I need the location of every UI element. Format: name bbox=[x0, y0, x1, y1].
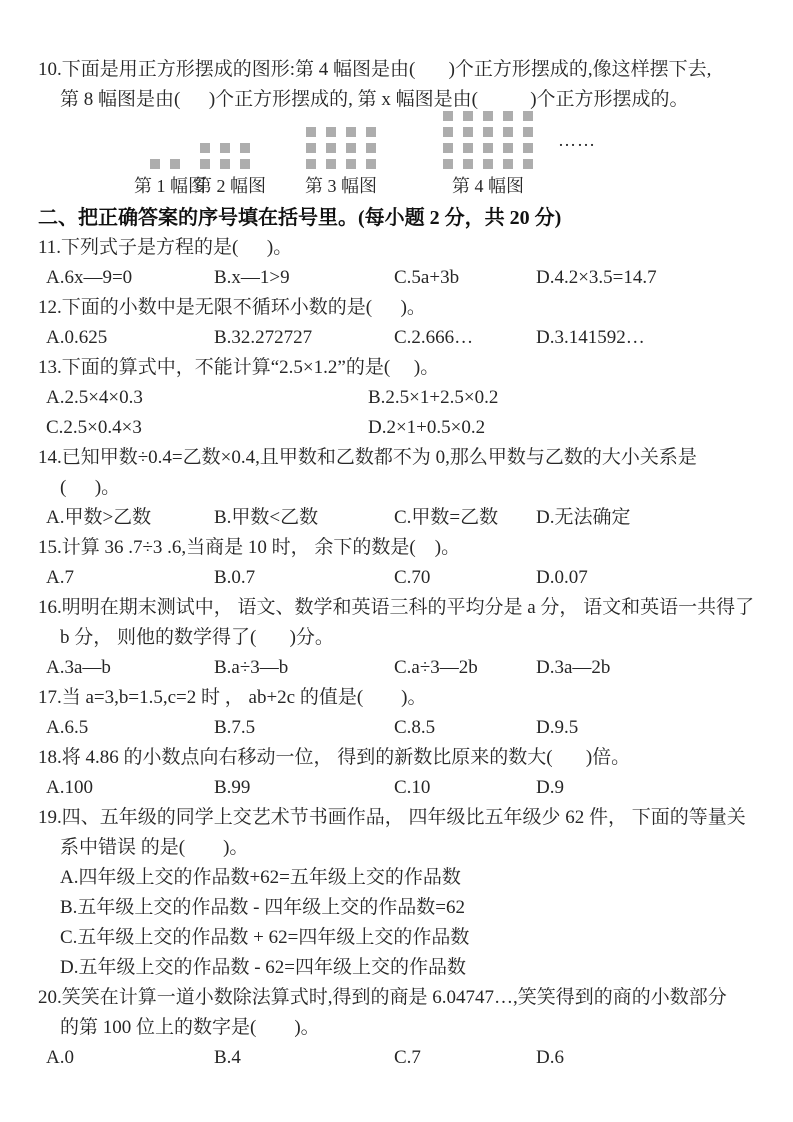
option-d: D.无法确定 bbox=[536, 503, 759, 533]
options-row: A.甲数>乙数 B.甲数<乙数 C.甲数=乙数 D.无法确定 bbox=[46, 503, 759, 533]
square bbox=[503, 111, 513, 121]
options-row: A.7 B.0.7 C.70 D.0.07 bbox=[46, 563, 759, 593]
question-stem-line: 20.笑笑在计算一道小数除法算式时,得到的商是 6.04747…,笑笑得到的商的… bbox=[38, 983, 759, 1013]
question-11: 11.下列式子是方程的是( )。 A.6x—9=0 B.x—1>9 C.5a+3… bbox=[38, 233, 759, 293]
square bbox=[366, 143, 376, 153]
option-a: A.2.5×4×0.3 bbox=[46, 383, 368, 413]
exam-page: 10.下面是用正方形摆成的图形:第 4 幅图是由( )个正方形摆成的,像这样摆下… bbox=[0, 0, 793, 1073]
option-c: C.2.5×0.4×3 bbox=[46, 413, 368, 443]
question-stem-line: 15.计算 36 .7÷3 .6,当商是 10 时， 余下的数是( )。 bbox=[38, 533, 759, 563]
question-14: 14.已知甲数÷0.4=乙数×0.4,且甲数和乙数都不为 0,那么甲数与乙数的大… bbox=[38, 443, 759, 533]
option-d: D.9 bbox=[536, 773, 759, 803]
figure-grid-1 bbox=[150, 159, 180, 169]
square bbox=[443, 143, 453, 153]
continuation-ellipsis: …… bbox=[558, 130, 596, 151]
square bbox=[306, 159, 316, 169]
options-row: A.6x—9=0 B.x—1>9 C.5a+3b D.4.2×3.5=14.7 bbox=[46, 263, 759, 293]
square bbox=[483, 127, 493, 137]
option-b: B.0.7 bbox=[214, 563, 394, 593]
square bbox=[240, 159, 250, 169]
question-stem-line: 16.明明在期末测试中， 语文、数学和英语三科的平均分是 a 分， 语文和英语一… bbox=[38, 593, 759, 623]
question-stem-line: 17.当 a=3,b=1.5,c=2 时 ， ab+2c 的值是( )。 bbox=[38, 683, 759, 713]
figure-label-2: 第 2 幅图 bbox=[194, 175, 266, 197]
square bbox=[463, 127, 473, 137]
option-a: A.6.5 bbox=[46, 713, 214, 743]
option-c: C.10 bbox=[394, 773, 536, 803]
option-d: D.9.5 bbox=[536, 713, 759, 743]
question-stem-line: 19.四、五年级的同学上交艺术节书画作品， 四年级比五年级少 62 件， 下面的… bbox=[38, 803, 759, 833]
square bbox=[170, 159, 180, 169]
option-c: C.70 bbox=[394, 563, 536, 593]
square bbox=[346, 143, 356, 153]
option-c: C.五年级上交的作品数 + 62=四年级上交的作品数 bbox=[38, 923, 759, 953]
options-grid: A.2.5×4×0.3 B.2.5×1+2.5×0.2 C.2.5×0.4×3 … bbox=[46, 383, 759, 443]
question-stem-line: 的第 100 位上的数字是( )。 bbox=[38, 1013, 759, 1043]
question-20: 20.笑笑在计算一道小数除法算式时,得到的商是 6.04747…,笑笑得到的商的… bbox=[38, 983, 759, 1073]
question-10: 10.下面是用正方形摆成的图形:第 4 幅图是由( )个正方形摆成的,像这样摆下… bbox=[38, 55, 759, 203]
question-stem-line: 系中错误 的是( )。 bbox=[38, 833, 759, 863]
option-b: B.99 bbox=[214, 773, 394, 803]
question-stem-line: ( )。 bbox=[38, 473, 759, 503]
square bbox=[463, 159, 473, 169]
option-a: A.甲数>乙数 bbox=[46, 503, 214, 533]
question-13: 13.下面的算式中，不能计算“2.5×1.2”的是( )。 A.2.5×4×0.… bbox=[38, 353, 759, 443]
option-b: B.五年级上交的作品数 - 四年级上交的作品数=62 bbox=[38, 893, 759, 923]
option-c: C.8.5 bbox=[394, 713, 536, 743]
square bbox=[306, 127, 316, 137]
options-row: A.100 B.99 C.10 D.9 bbox=[46, 773, 759, 803]
option-b: B.32.272727 bbox=[214, 323, 394, 353]
question-19: 19.四、五年级的同学上交艺术节书画作品， 四年级比五年级少 62 件， 下面的… bbox=[38, 803, 759, 983]
question-18: 18.将 4.86 的小数点向右移动一位， 得到的新数比原来的数大( )倍。 A… bbox=[38, 743, 759, 803]
question-stem-line: 12.下面的小数中是无限不循环小数的是( )。 bbox=[38, 293, 759, 323]
option-b: B.7.5 bbox=[214, 713, 394, 743]
option-b: B.a÷3—b bbox=[214, 653, 394, 683]
square bbox=[463, 143, 473, 153]
square bbox=[326, 159, 336, 169]
option-c: C.甲数=乙数 bbox=[394, 503, 536, 533]
square bbox=[306, 143, 316, 153]
option-a: A.0 bbox=[46, 1043, 214, 1073]
section-2-title: 二、把正确答案的序号填在括号里。(每小题 2 分，共 20 分) bbox=[38, 203, 759, 233]
square bbox=[443, 111, 453, 121]
option-d: D.4.2×3.5=14.7 bbox=[536, 263, 759, 293]
question-17: 17.当 a=3,b=1.5,c=2 时 ， ab+2c 的值是( )。 A.6… bbox=[38, 683, 759, 743]
square bbox=[200, 159, 210, 169]
figure-grid-3 bbox=[306, 127, 376, 169]
option-a: A.6x—9=0 bbox=[46, 263, 214, 293]
options-row: A.6.5 B.7.5 C.8.5 D.9.5 bbox=[46, 713, 759, 743]
options-stack: A.四年级上交的作品数+62=五年级上交的作品数 B.五年级上交的作品数 - 四… bbox=[38, 863, 759, 983]
option-d: D.五年级上交的作品数 - 62=四年级上交的作品数 bbox=[38, 953, 759, 983]
question-stem-line: 10.下面是用正方形摆成的图形:第 4 幅图是由( )个正方形摆成的,像这样摆下… bbox=[38, 55, 759, 85]
figure-grid-4 bbox=[443, 111, 533, 169]
figure-label-4: 第 4 幅图 bbox=[452, 175, 524, 197]
square bbox=[326, 127, 336, 137]
square bbox=[366, 159, 376, 169]
square-pattern-figure: …… 第 1 幅图 第 2 幅图 第 3 幅图 第 4 幅图 bbox=[38, 115, 759, 203]
square bbox=[523, 111, 533, 121]
square bbox=[503, 159, 513, 169]
question-12: 12.下面的小数中是无限不循环小数的是( )。 A.0.625 B.32.272… bbox=[38, 293, 759, 353]
square bbox=[523, 127, 533, 137]
option-b: B.甲数<乙数 bbox=[214, 503, 394, 533]
question-stem-line: 11.下列式子是方程的是( )。 bbox=[38, 233, 759, 263]
option-a: A.100 bbox=[46, 773, 214, 803]
option-b: B.4 bbox=[214, 1043, 394, 1073]
option-a: A.0.625 bbox=[46, 323, 214, 353]
square bbox=[523, 159, 533, 169]
question-stem-line: 18.将 4.86 的小数点向右移动一位， 得到的新数比原来的数大( )倍。 bbox=[38, 743, 759, 773]
square bbox=[523, 143, 533, 153]
square bbox=[443, 127, 453, 137]
options-row: A.0 B.4 C.7 D.6 bbox=[46, 1043, 759, 1073]
option-c: C.7 bbox=[394, 1043, 536, 1073]
square bbox=[220, 143, 230, 153]
option-d: D.0.07 bbox=[536, 563, 759, 593]
figure-label-3: 第 3 幅图 bbox=[305, 175, 377, 197]
square bbox=[326, 143, 336, 153]
question-stem-line: 第 8 幅图是由( )个正方形摆成的, 第 x 幅图是由( )个正方形摆成的。 bbox=[38, 85, 759, 115]
square bbox=[200, 143, 210, 153]
square bbox=[463, 111, 473, 121]
square bbox=[503, 127, 513, 137]
square bbox=[240, 143, 250, 153]
option-c: C.a÷3—2b bbox=[394, 653, 536, 683]
square bbox=[220, 159, 230, 169]
option-c: C.5a+3b bbox=[394, 263, 536, 293]
square bbox=[503, 143, 513, 153]
option-d: D.3.141592… bbox=[536, 323, 759, 353]
option-d: D.3a—2b bbox=[536, 653, 759, 683]
option-d: D.2×1+0.5×0.2 bbox=[368, 413, 759, 443]
square bbox=[346, 159, 356, 169]
question-stem-line: b 分， 则他的数学得了( )分。 bbox=[38, 623, 759, 653]
figure-grid-2 bbox=[200, 143, 250, 169]
square bbox=[483, 159, 493, 169]
square bbox=[366, 127, 376, 137]
option-b: B.x—1>9 bbox=[214, 263, 394, 293]
square bbox=[483, 143, 493, 153]
square bbox=[150, 159, 160, 169]
question-stem-line: 13.下面的算式中，不能计算“2.5×1.2”的是( )。 bbox=[38, 353, 759, 383]
question-16: 16.明明在期末测试中， 语文、数学和英语三科的平均分是 a 分， 语文和英语一… bbox=[38, 593, 759, 683]
option-d: D.6 bbox=[536, 1043, 759, 1073]
option-a: A.7 bbox=[46, 563, 214, 593]
square bbox=[483, 111, 493, 121]
options-row: A.3a—b B.a÷3—b C.a÷3—2b D.3a—2b bbox=[46, 653, 759, 683]
option-b: B.2.5×1+2.5×0.2 bbox=[368, 383, 759, 413]
option-c: C.2.666… bbox=[394, 323, 536, 353]
question-stem-line: 14.已知甲数÷0.4=乙数×0.4,且甲数和乙数都不为 0,那么甲数与乙数的大… bbox=[38, 443, 759, 473]
option-a: A.3a—b bbox=[46, 653, 214, 683]
option-a: A.四年级上交的作品数+62=五年级上交的作品数 bbox=[38, 863, 759, 893]
options-row: A.0.625 B.32.272727 C.2.666… D.3.141592… bbox=[46, 323, 759, 353]
square bbox=[346, 127, 356, 137]
question-15: 15.计算 36 .7÷3 .6,当商是 10 时， 余下的数是( )。 A.7… bbox=[38, 533, 759, 593]
square bbox=[443, 159, 453, 169]
